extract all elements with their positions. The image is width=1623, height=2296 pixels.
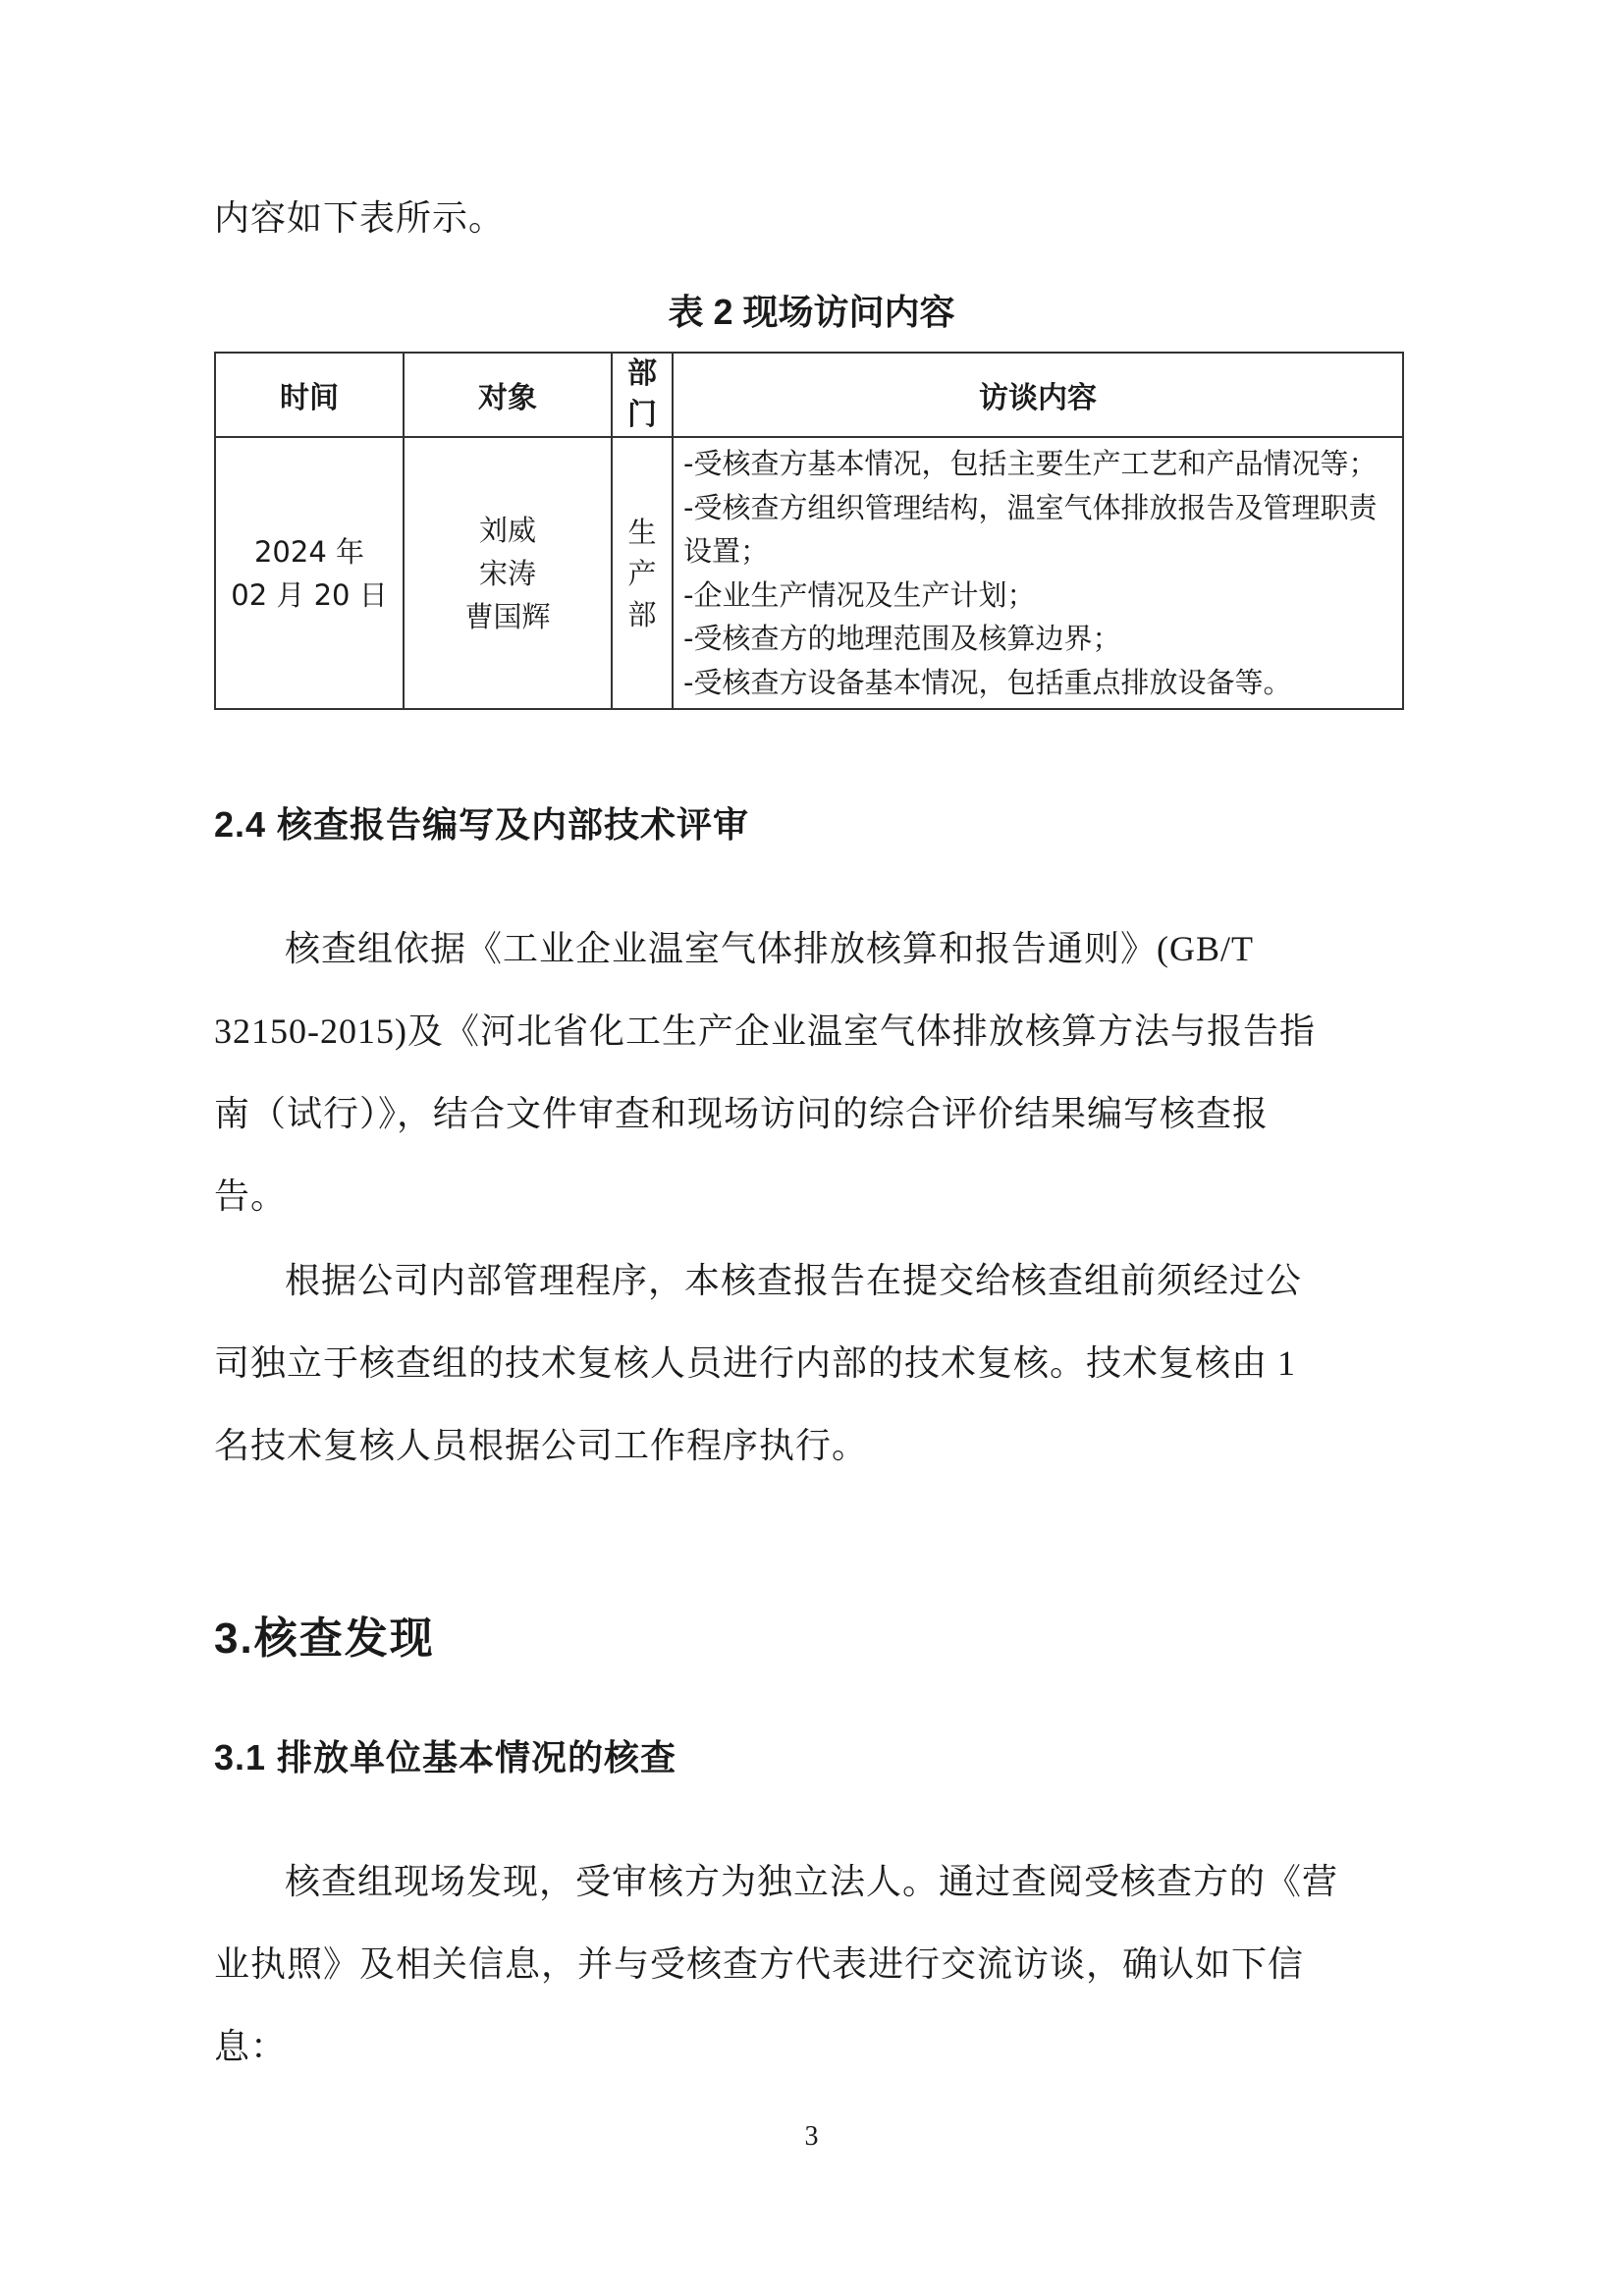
- table-row: 2024 年 02 月 20 日 刘威 宋涛 曹国辉 生 产 部 -受核查方基本…: [215, 437, 1403, 709]
- table-header-row: 时间 对象 部 门 访谈内容: [215, 353, 1403, 437]
- list-item: -受核查方基本情况，包括主要生产工艺和产品情况等；: [683, 442, 1394, 486]
- intro-line: 内容如下表所示。: [214, 177, 1388, 259]
- table-caption: 表 2 现场访问内容: [0, 285, 1623, 335]
- list-item: -受核查方的地理范围及核算边界；: [683, 617, 1394, 661]
- header-time: 时间: [215, 353, 404, 437]
- interview-table: 时间 对象 部 门 访谈内容 2024 年 02 月 20 日 刘威 宋涛 曹国…: [214, 352, 1404, 710]
- section-2-4-paragraph-2: 根据公司内部管理程序，本核查报告在提交给核查组前须经过公 司独立于核查组的技术复…: [214, 1239, 1388, 1487]
- header-content: 访谈内容: [673, 353, 1403, 437]
- list-item: -受核查方组织管理结构，温室气体排放报告及管理职责设置；: [683, 486, 1394, 574]
- header-subject: 对象: [404, 353, 612, 437]
- list-item: -受核查方设备基本情况，包括重点排放设备等。: [683, 661, 1394, 705]
- cell-interview-content: -受核查方基本情况，包括主要生产工艺和产品情况等； -受核查方组织管理结构，温室…: [673, 437, 1403, 709]
- page-number: 3: [0, 2121, 1623, 2153]
- list-item: -企业生产情况及生产计划；: [683, 574, 1394, 618]
- cell-department: 生 产 部: [612, 437, 673, 709]
- section-3-1-heading: 3.1 排放单位基本情况的核查: [214, 1730, 676, 1780]
- section-3-heading: 3.核查发现: [214, 1603, 435, 1666]
- cell-date: 2024 年 02 月 20 日: [215, 437, 404, 709]
- section-2-4-heading: 2.4 核查报告编写及内部技术评审: [214, 797, 749, 847]
- section-2-4-paragraph-1: 核查组依据《工业企业温室气体排放核算和报告通则》(GB/T 32150-2015…: [214, 907, 1388, 1237]
- cell-people: 刘威 宋涛 曹国辉: [404, 437, 612, 709]
- section-3-1-paragraph: 核查组现场发现，受审核方为独立法人。通过查阅受核查方的《营 业执照》及相关信息，…: [214, 1840, 1388, 2088]
- header-department: 部 门: [612, 353, 673, 437]
